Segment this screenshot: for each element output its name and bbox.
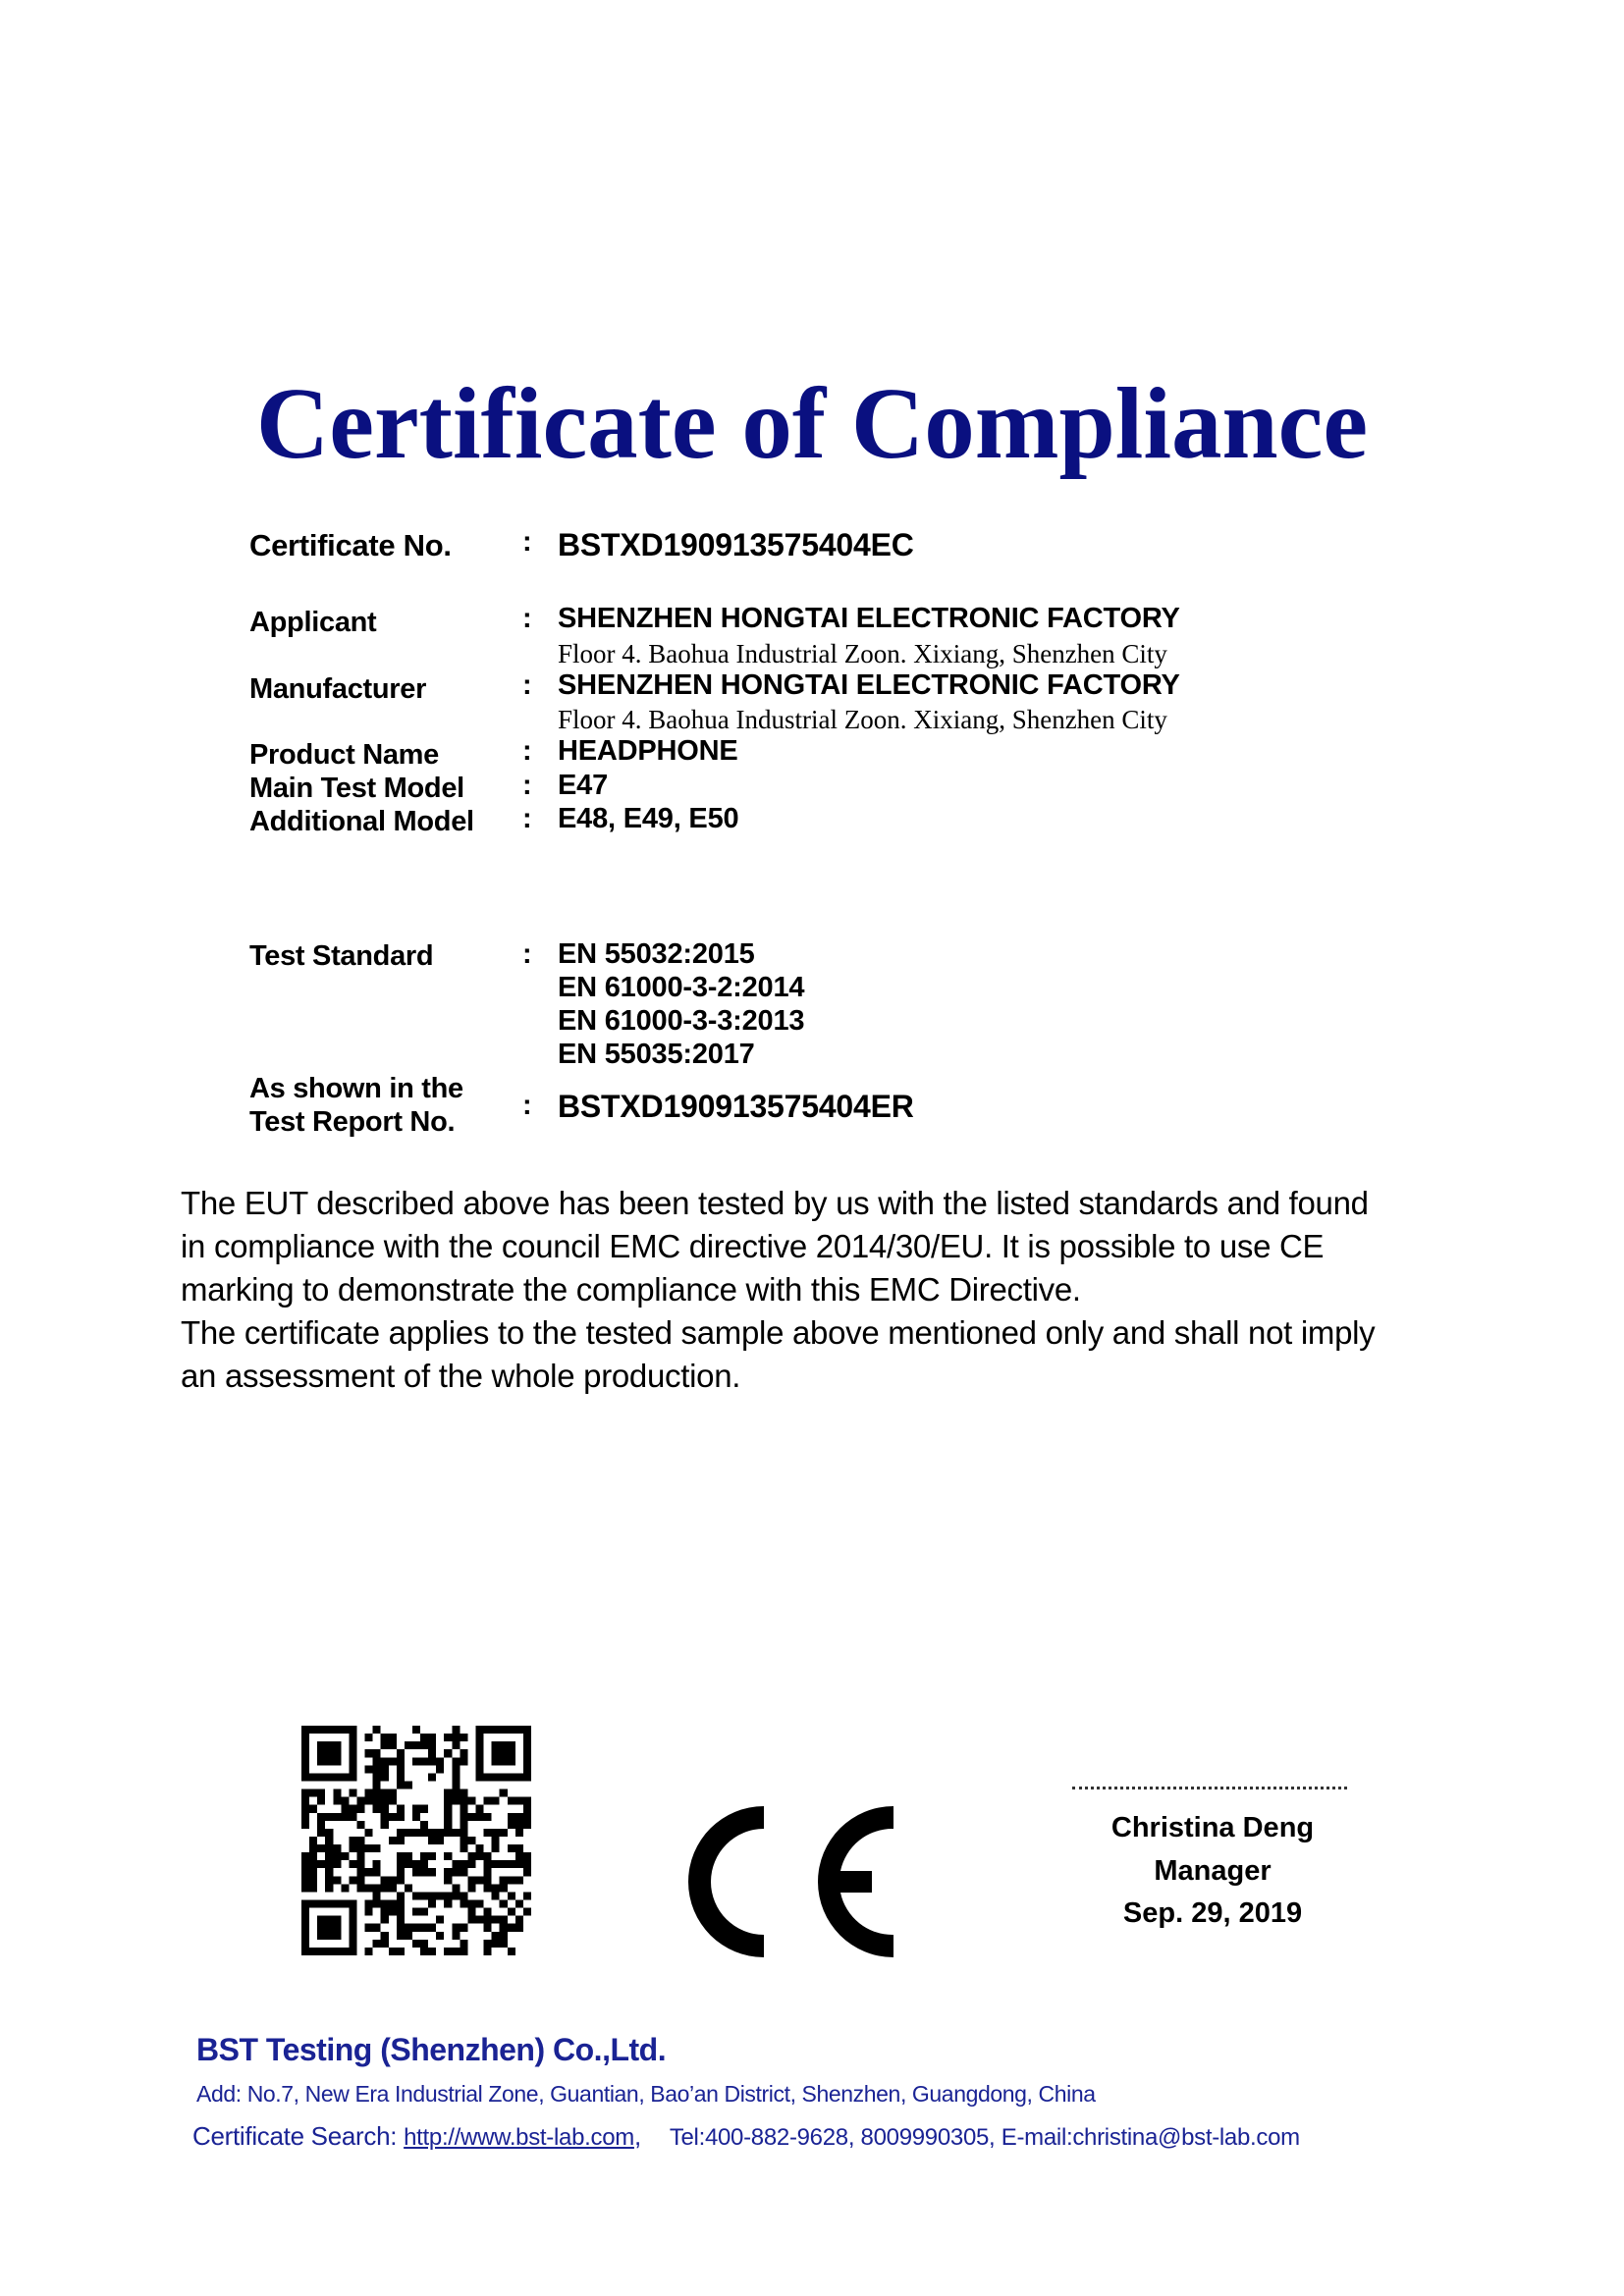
test-standard-item: EN 55032:2015	[558, 938, 755, 971]
certificate-search-label: Certificate Search:	[192, 2121, 397, 2151]
certificate-title: Certificate of Compliance	[8, 365, 1615, 482]
qr-code-icon	[301, 1726, 531, 1955]
compliance-statement: The EUT described above has been tested …	[181, 1182, 1457, 1398]
colon: :	[522, 603, 532, 635]
certificate-search-link[interactable]: http://www.bst-lab.com	[404, 2124, 634, 2151]
manufacturer-label: Manufacturer	[249, 673, 426, 706]
test-report-label-line1: As shown in the	[249, 1073, 463, 1105]
colon: :	[522, 526, 532, 559]
colon: :	[522, 669, 532, 702]
signatory-name: Christina Deng	[1041, 1812, 1384, 1844]
comma: ,	[634, 2121, 641, 2151]
applicant-label: Applicant	[249, 607, 376, 639]
applicant-value: SHENZHEN HONGTAI ELECTRONIC FACTORY	[558, 603, 1180, 635]
product-name-label: Product Name	[249, 739, 439, 772]
statement-line: in compliance with the council EMC direc…	[181, 1225, 1457, 1268]
signature-date: Sep. 29, 2019	[1041, 1897, 1384, 1930]
test-standard-item: EN 61000-3-3:2013	[558, 1005, 804, 1038]
additional-model-value: E48, E49, E50	[558, 803, 738, 835]
statement-line: The EUT described above has been tested …	[181, 1182, 1457, 1225]
ce-mark-icon	[687, 1806, 908, 1957]
test-standard-label: Test Standard	[249, 940, 433, 973]
signatory-title: Manager	[1041, 1855, 1384, 1888]
main-test-model-value: E47	[558, 770, 608, 802]
certificate-search: Certificate Search: http://www.bst-lab.c…	[192, 2121, 1300, 2152]
certificate-no-value: BSTXD190913575404EC	[558, 527, 914, 563]
test-standard-item: EN 61000-3-2:2014	[558, 972, 804, 1004]
colon: :	[522, 803, 532, 835]
colon: :	[522, 1090, 532, 1122]
issuer-company: BST Testing (Shenzhen) Co.,Ltd.	[196, 2032, 666, 2068]
product-name-value: HEADPHONE	[558, 735, 738, 768]
test-standard-item: EN 55035:2017	[558, 1039, 755, 1071]
additional-model-label: Additional Model	[249, 806, 474, 838]
statement-line: The certificate applies to the tested sa…	[181, 1311, 1457, 1355]
manufacturer-value: SHENZHEN HONGTAI ELECTRONIC FACTORY	[558, 669, 1180, 702]
issuer-address: Add: No.7, New Era Industrial Zone, Guan…	[196, 2081, 1096, 2108]
statement-line: an assessment of the whole production.	[181, 1355, 1457, 1398]
applicant-address: Floor 4. Baohua Industrial Zoon. Xixiang…	[558, 639, 1167, 669]
test-report-no-value: BSTXD190913575404ER	[558, 1089, 914, 1125]
statement-line: marking to demonstrate the compliance wi…	[181, 1268, 1457, 1311]
contact-info: Tel:400-882-9628, 8009990305, E-mail:chr…	[670, 2124, 1300, 2151]
colon: :	[522, 770, 532, 802]
certificate-no-label: Certificate No.	[249, 528, 452, 563]
main-test-model-label: Main Test Model	[249, 773, 464, 805]
colon: :	[522, 938, 532, 971]
manufacturer-address: Floor 4. Baohua Industrial Zoon. Xixiang…	[558, 705, 1167, 735]
signature-line	[1072, 1787, 1347, 1789]
test-report-label-line2: Test Report No.	[249, 1106, 455, 1139]
colon: :	[522, 735, 532, 768]
